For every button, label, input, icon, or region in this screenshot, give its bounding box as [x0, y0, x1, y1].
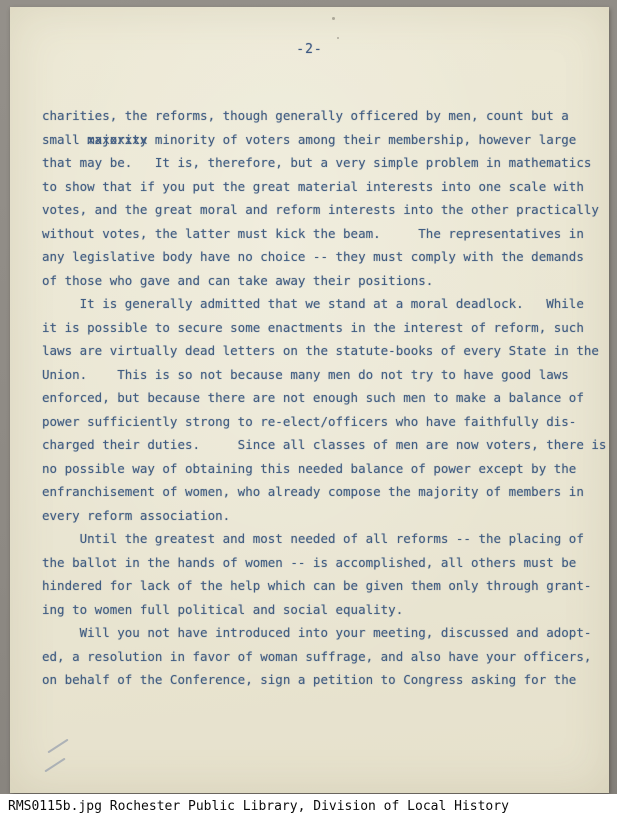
document-page: -2- charities, the reforms, though gener… — [10, 7, 609, 793]
typed-line: every reform association. — [42, 504, 587, 528]
typed-line: small majorityxxxxxxxx minority of voter… — [42, 128, 587, 152]
typed-line: It is generally admitted that we stand a… — [42, 292, 587, 316]
typed-line: that may be. It is, therefore, but a ver… — [42, 151, 587, 175]
strikeout-overlay: xxxxxxxx — [87, 128, 147, 152]
typed-line: Until the greatest and most needed of al… — [42, 527, 587, 551]
page-number: -2- — [10, 42, 609, 57]
pencil-mark — [47, 739, 68, 754]
typed-line: hindered for lack of the help which can … — [42, 574, 587, 598]
typed-line: ed, a resolution in favor of woman suffr… — [42, 645, 587, 669]
typed-line: power sufficiently strong to re-elect/of… — [42, 410, 587, 434]
typed-text: charities, the reforms, though generally… — [42, 104, 587, 692]
typed-line: to show that if you put the great materi… — [42, 175, 587, 199]
scan-background: -2- charities, the reforms, though gener… — [0, 0, 617, 818]
typed-line: any legislative body have no choice -- t… — [42, 245, 587, 269]
struck-word: majorityxxxxxxxx — [87, 128, 147, 152]
typed-line: charities, the reforms, though generally… — [42, 104, 587, 128]
typed-line: without votes, the latter must kick the … — [42, 222, 587, 246]
typed-line: ing to women full political and social e… — [42, 598, 587, 622]
typed-line: votes, and the great moral and reform in… — [42, 198, 587, 222]
typed-line: Union. This is so not because many men d… — [42, 363, 587, 387]
typed-line: Will you not have introduced into your m… — [42, 621, 587, 645]
typed-line: of those who gave and can take away thei… — [42, 269, 587, 293]
typed-line: it is possible to secure some enactments… — [42, 316, 587, 340]
typed-line: charged their duties. Since all classes … — [42, 433, 587, 457]
caption-bar: RMS0115b.jpg Rochester Public Library, D… — [0, 794, 617, 818]
typed-line: enforced, but because there are not enou… — [42, 386, 587, 410]
typed-line: enfranchisement of women, who already co… — [42, 480, 587, 504]
paper-speck — [337, 37, 339, 39]
caption-text: RMS0115b.jpg Rochester Public Library, D… — [0, 799, 509, 814]
paper-speck — [332, 17, 335, 20]
typed-line: no possible way of obtaining this needed… — [42, 457, 587, 481]
pencil-mark — [44, 758, 65, 773]
typed-line: on behalf of the Conference, sign a peti… — [42, 668, 587, 692]
typed-line: laws are virtually dead letters on the s… — [42, 339, 587, 363]
typed-line: the ballot in the hands of women -- is a… — [42, 551, 587, 575]
